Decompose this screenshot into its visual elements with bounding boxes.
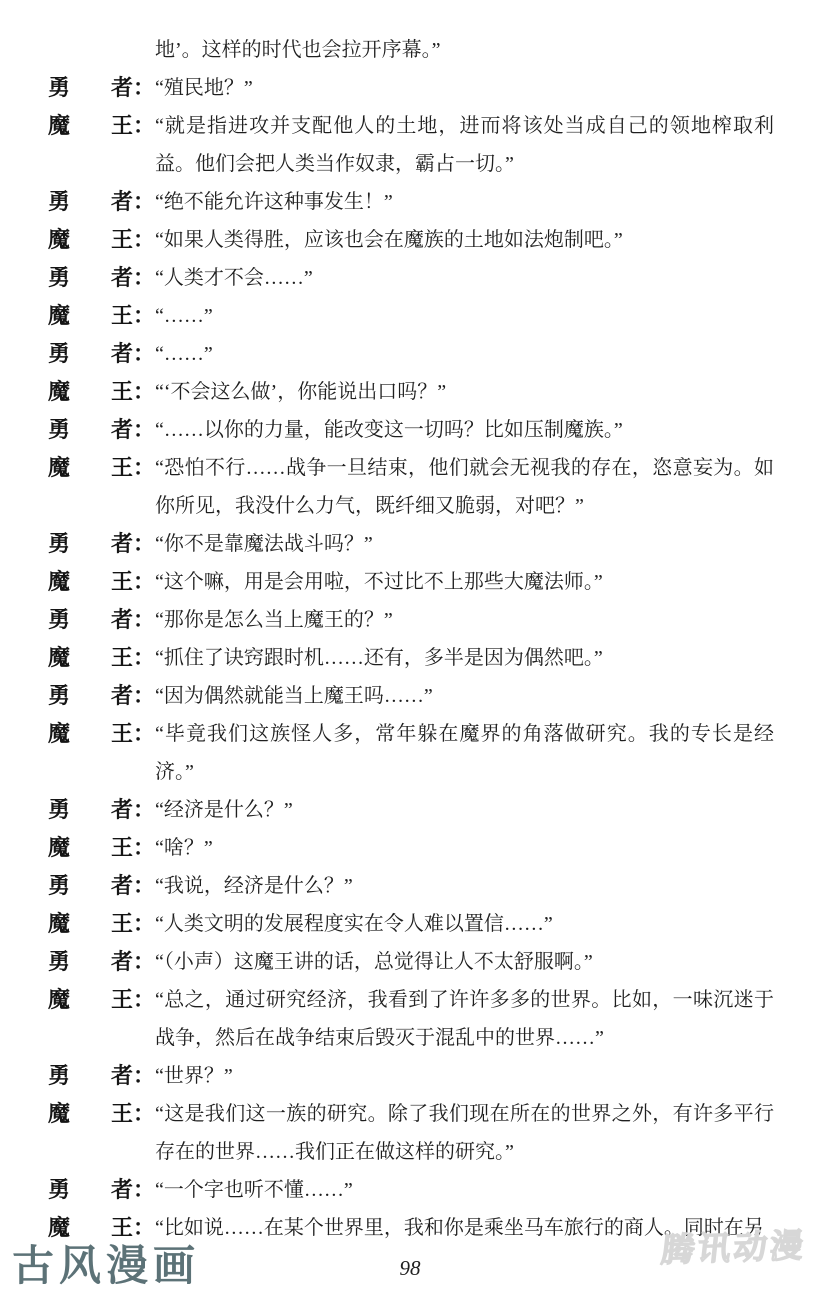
dialogue-line: “……”	[155, 297, 774, 335]
speaker-char-first: 魔	[48, 639, 70, 677]
dialogue-turn: 魔王：“啥？”	[48, 829, 774, 867]
dialogue-turn: 勇者：“绝不能允许这种事发生！”	[48, 183, 774, 221]
dialogue-line: 地’。这样的时代也会拉开序幕。”	[155, 31, 774, 69]
speaker-label: 魔王：	[48, 563, 155, 601]
dialogue-line: “因为偶然就能当上魔王吗……”	[155, 677, 774, 715]
speaker-label: 勇者：	[48, 183, 155, 221]
speaker-char-first: 魔	[48, 107, 70, 145]
dialogue-text: “如果人类得胜，应该也会在魔族的土地如法炮制吧。”	[155, 221, 774, 259]
speaker-char-second: 者：	[111, 943, 155, 981]
speaker-label: 魔王：	[48, 449, 155, 487]
dialogue-text: “人类文明的发展程度实在令人难以置信……”	[155, 905, 774, 943]
speaker-char-first: 勇	[48, 791, 70, 829]
dialogue-turn: 勇者：“人类才不会……”	[48, 259, 774, 297]
dialogue-turn: 魔王：“恐怕不行……战争一旦结束，他们就会无视我的存在，恣意妄为。如你所见，我没…	[48, 449, 774, 525]
speaker-char-second: 者：	[111, 525, 155, 563]
dialogue-text: “就是指进攻并支配他人的土地，进而将该处当成自己的领地榨取利益。他们会把人类当作…	[155, 107, 774, 183]
dialogue-line: “……以你的力量，能改变这一切吗？比如压制魔族。”	[155, 411, 774, 449]
speaker-char-first: 魔	[48, 1095, 70, 1133]
dialogue-turn: 魔王：“这个嘛，用是会用啦，不过比不上那些大魔法师。”	[48, 563, 774, 601]
speaker-label: 魔王：	[48, 829, 155, 867]
speaker-char-second: 者：	[111, 335, 155, 373]
dialogue-text: “殖民地？”	[155, 69, 774, 107]
speaker-char-second: 者：	[111, 1171, 155, 1209]
speaker-char-second: 者：	[111, 601, 155, 639]
dialogue-text: “绝不能允许这种事发生！”	[155, 183, 774, 221]
dialogue-line: “就是指进攻并支配他人的土地，进而将该处当成自己的领地榨取利	[155, 107, 774, 145]
speaker-label: 魔王：	[48, 1095, 155, 1133]
speaker-char-first: 魔	[48, 563, 70, 601]
dialogue-line: “你不是靠魔法战斗吗？”	[155, 525, 774, 563]
speaker-label: 勇者：	[48, 677, 155, 715]
speaker-char-second: 王：	[111, 373, 155, 411]
dialogue-text: “经济是什么？”	[155, 791, 774, 829]
dialogue-text: “总之，通过研究经济，我看到了许许多多的世界。比如，一味沉迷于战争，然后在战争结…	[155, 981, 774, 1057]
speaker-char-second: 王：	[111, 715, 155, 753]
dialogue-turn: 勇者：“那你是怎么当上魔王的？”	[48, 601, 774, 639]
speaker-char-first: 勇	[48, 259, 70, 297]
speaker-char-first: 勇	[48, 677, 70, 715]
dialogue-turn: 勇者：“一个字也听不懂……”	[48, 1171, 774, 1209]
dialogue-text: “那你是怎么当上魔王的？”	[155, 601, 774, 639]
dialogue-text: “恐怕不行……战争一旦结束，他们就会无视我的存在，恣意妄为。如你所见，我没什么力…	[155, 449, 774, 525]
dialogue-text: “一个字也听不懂……”	[155, 1171, 774, 1209]
speaker-char-first: 勇	[48, 1171, 70, 1209]
speaker-label: 勇者：	[48, 411, 155, 449]
speaker-char-first: 勇	[48, 69, 70, 107]
dialogue-line: 你所见，我没什么力气，既纤细又脆弱，对吧？”	[155, 487, 774, 525]
speaker-char-first: 勇	[48, 525, 70, 563]
speaker-label: 勇者：	[48, 601, 155, 639]
dialogue-line: “抓住了诀窍跟时机……还有，多半是因为偶然吧。”	[155, 639, 774, 677]
speaker-char-first: 勇	[48, 183, 70, 221]
dialogue-text: “……以你的力量，能改变这一切吗？比如压制魔族。”	[155, 411, 774, 449]
speaker-label: 魔王：	[48, 297, 155, 335]
dialogue-line: “绝不能允许这种事发生！”	[155, 183, 774, 221]
dialogue-line: 济。”	[155, 753, 774, 791]
dialogue-text: “我说，经济是什么？”	[155, 867, 774, 905]
speaker-char-second: 者：	[111, 1057, 155, 1095]
dialogue-line: “如果人类得胜，应该也会在魔族的土地如法炮制吧。”	[155, 221, 774, 259]
dialogue-line: “人类才不会……”	[155, 259, 774, 297]
speaker-label: 勇者：	[48, 791, 155, 829]
dialogue-turn: 勇者：“世界？”	[48, 1057, 774, 1095]
dialogue-text: “啥？”	[155, 829, 774, 867]
dialogue-line: “恐怕不行……战争一旦结束，他们就会无视我的存在，恣意妄为。如	[155, 449, 774, 487]
dialogue-turn: 勇者：“你不是靠魔法战斗吗？”	[48, 525, 774, 563]
speaker-label: 魔王：	[48, 981, 155, 1019]
dialogue-text: “‘不会这么做’，你能说出口吗？”	[155, 373, 774, 411]
speaker-char-second: 王：	[111, 297, 155, 335]
dialogue-turn: 魔王：“人类文明的发展程度实在令人难以置信……”	[48, 905, 774, 943]
dialogue-line: “‘不会这么做’，你能说出口吗？”	[155, 373, 774, 411]
speaker-char-first: 勇	[48, 601, 70, 639]
dialogue-text: 地’。这样的时代也会拉开序幕。”	[155, 31, 774, 69]
dialogue-text: “这个嘛，用是会用啦，不过比不上那些大魔法师。”	[155, 563, 774, 601]
speaker-char-second: 王：	[111, 829, 155, 867]
dialogue-text: “这是我们这一族的研究。除了我们现在所在的世界之外，有许多平行存在的世界……我们…	[155, 1095, 774, 1171]
dialogue-line: “人类文明的发展程度实在令人难以置信……”	[155, 905, 774, 943]
dialogue-turn: 勇者：“殖民地？”	[48, 69, 774, 107]
speaker-char-second: 者：	[111, 867, 155, 905]
dialogue-line: “我说，经济是什么？”	[155, 867, 774, 905]
speaker-char-second: 者：	[111, 411, 155, 449]
dialogue-turn: 魔王：“如果人类得胜，应该也会在魔族的土地如法炮制吧。”	[48, 221, 774, 259]
speaker-char-first: 勇	[48, 867, 70, 905]
speaker-char-first: 魔	[48, 905, 70, 943]
dialogue-turn: 魔王：“总之，通过研究经济，我看到了许许多多的世界。比如，一味沉迷于战争，然后在…	[48, 981, 774, 1057]
dialogue-text: “抓住了诀窍跟时机……还有，多半是因为偶然吧。”	[155, 639, 774, 677]
speaker-char-first: 魔	[48, 715, 70, 753]
dialogue-text: “……”	[155, 335, 774, 373]
speaker-label: 魔王：	[48, 373, 155, 411]
speaker-char-second: 王：	[111, 107, 155, 145]
dialogue-line: “殖民地？”	[155, 69, 774, 107]
speaker-char-first: 勇	[48, 1057, 70, 1095]
speaker-label: 魔王：	[48, 715, 155, 753]
speaker-char-second: 王：	[111, 449, 155, 487]
speaker-label: 魔王：	[48, 107, 155, 145]
speaker-char-second: 者：	[111, 183, 155, 221]
dialogue-body: 地’。这样的时代也会拉开序幕。”勇者：“殖民地？”魔王：“就是指进攻并支配他人的…	[48, 31, 774, 1247]
dialogue-text: “因为偶然就能当上魔王吗……”	[155, 677, 774, 715]
speaker-label: 魔王：	[48, 221, 155, 259]
speaker-char-second: 者：	[111, 259, 155, 297]
speaker-char-second: 者：	[111, 677, 155, 715]
speaker-label: 魔王：	[48, 905, 155, 943]
dialogue-line: “……”	[155, 335, 774, 373]
speaker-label: 勇者：	[48, 259, 155, 297]
speaker-label: 勇者：	[48, 69, 155, 107]
dialogue-text: “……”	[155, 297, 774, 335]
dialogue-line: “世界？”	[155, 1057, 774, 1095]
dialogue-text: “毕竟我们这族怪人多，常年躲在魔界的角落做研究。我的专长是经济。”	[155, 715, 774, 791]
dialogue-turn: 魔王：“……”	[48, 297, 774, 335]
speaker-char-first: 魔	[48, 221, 70, 259]
speaker-label: 魔王：	[48, 639, 155, 677]
speaker-label: 勇者：	[48, 867, 155, 905]
speaker-char-first: 魔	[48, 829, 70, 867]
dialogue-turn: 勇者：“经济是什么？”	[48, 791, 774, 829]
dialogue-turn: 勇者：“我说，经济是什么？”	[48, 867, 774, 905]
dialogue-line: “啥？”	[155, 829, 774, 867]
dialogue-line: “这是我们这一族的研究。除了我们现在所在的世界之外，有许多平行	[155, 1095, 774, 1133]
dialogue-turn: 魔王：“这是我们这一族的研究。除了我们现在所在的世界之外，有许多平行存在的世界……	[48, 1095, 774, 1171]
dialogue-turn: 勇者：“因为偶然就能当上魔王吗……”	[48, 677, 774, 715]
dialogue-line: “经济是什么？”	[155, 791, 774, 829]
speaker-char-second: 王：	[111, 1095, 155, 1133]
dialogue-turn: 魔王：“‘不会这么做’，你能说出口吗？”	[48, 373, 774, 411]
dialogue-line: “一个字也听不懂……”	[155, 1171, 774, 1209]
dialogue-turn: 勇者：“……以你的力量，能改变这一切吗？比如压制魔族。”	[48, 411, 774, 449]
dialogue-line: “这个嘛，用是会用啦，不过比不上那些大魔法师。”	[155, 563, 774, 601]
dialogue-turn: 魔王：“毕竟我们这族怪人多，常年躲在魔界的角落做研究。我的专长是经济。”	[48, 715, 774, 791]
dialogue-turn: 魔王：“就是指进攻并支配他人的土地，进而将该处当成自己的领地榨取利益。他们会把人…	[48, 107, 774, 183]
speaker-char-second: 王：	[111, 981, 155, 1019]
speaker-char-first: 魔	[48, 449, 70, 487]
dialogue-line: 存在的世界……我们正在做这样的研究。”	[155, 1133, 774, 1171]
dialogue-line: 战争，然后在战争结束后毁灭于混乱中的世界……”	[155, 1019, 774, 1057]
speaker-char-first: 勇	[48, 335, 70, 373]
speaker-char-second: 王：	[111, 639, 155, 677]
speaker-label: 勇者：	[48, 1057, 155, 1095]
dialogue-turn: 魔王：“抓住了诀窍跟时机……还有，多半是因为偶然吧。”	[48, 639, 774, 677]
dialogue-line: 益。他们会把人类当作奴隶，霸占一切。”	[155, 145, 774, 183]
speaker-char-first: 魔	[48, 373, 70, 411]
speaker-char-second: 王：	[111, 221, 155, 259]
dialogue-text: “你不是靠魔法战斗吗？”	[155, 525, 774, 563]
speaker-label: 勇者：	[48, 525, 155, 563]
dialogue-turn: 勇者：“……”	[48, 335, 774, 373]
speaker-char-first: 勇	[48, 411, 70, 449]
dialogue-text: “世界？”	[155, 1057, 774, 1095]
speaker-label: 勇者：	[48, 943, 155, 981]
dialogue-text: “（小声）这魔王讲的话，总觉得让人不太舒服啊。”	[155, 943, 774, 981]
speaker-char-second: 者：	[111, 791, 155, 829]
dialogue-turn: 勇者：“（小声）这魔王讲的话，总觉得让人不太舒服啊。”	[48, 943, 774, 981]
speaker-char-second: 王：	[111, 905, 155, 943]
speaker-char-second: 者：	[111, 69, 155, 107]
speaker-label: 勇者：	[48, 1171, 155, 1209]
speaker-label: 勇者：	[48, 335, 155, 373]
speaker-char-second: 王：	[111, 563, 155, 601]
speaker-char-first: 勇	[48, 943, 70, 981]
dialogue-line: “毕竟我们这族怪人多，常年躲在魔界的角落做研究。我的专长是经	[155, 715, 774, 753]
dialogue-line: “那你是怎么当上魔王的？”	[155, 601, 774, 639]
speaker-char-first: 魔	[48, 981, 70, 1019]
platform-watermark: 腾讯动漫	[659, 1220, 809, 1272]
speaker-char-first: 魔	[48, 297, 70, 335]
dialogue-text: “人类才不会……”	[155, 259, 774, 297]
document-page: 地’。这样的时代也会拉开序幕。”勇者：“殖民地？”魔王：“就是指进攻并支配他人的…	[0, 0, 820, 1291]
dialogue-line: “总之，通过研究经济，我看到了许许多多的世界。比如，一味沉迷于	[155, 981, 774, 1019]
dialogue-turn: 地’。这样的时代也会拉开序幕。”	[48, 31, 774, 69]
dialogue-line: “（小声）这魔王讲的话，总觉得让人不太舒服啊。”	[155, 943, 774, 981]
